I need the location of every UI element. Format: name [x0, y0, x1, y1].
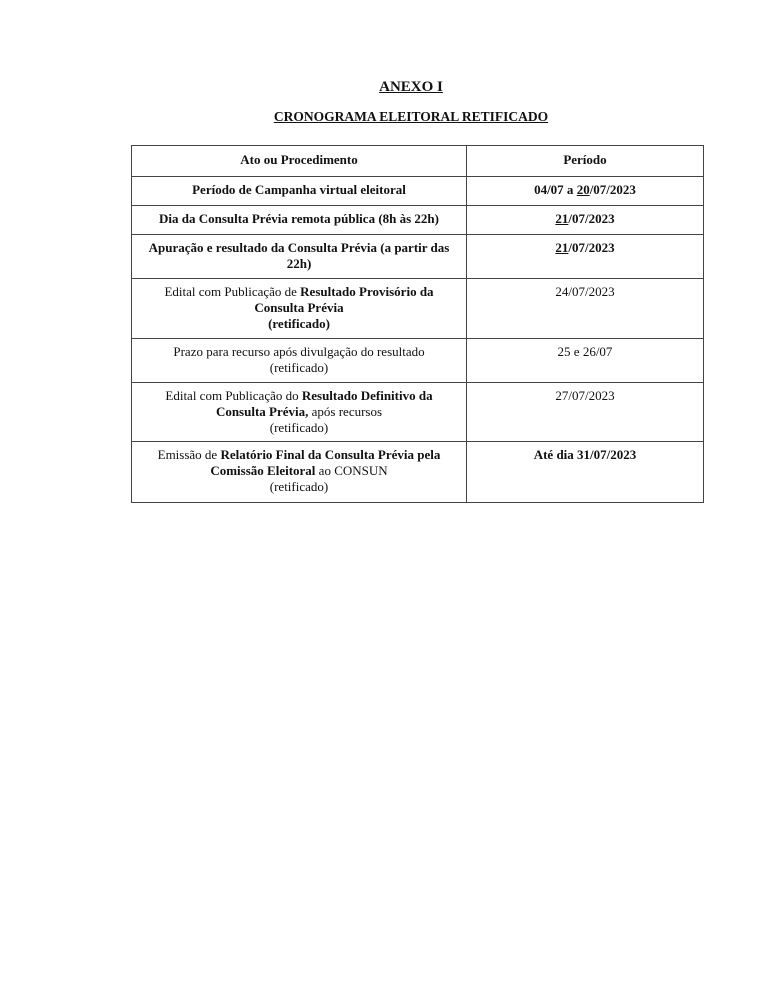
table-row: Apuração e resultado da Consulta Prévia … [132, 235, 704, 279]
document-subtitle: CRONOGRAMA ELEITORAL RETIFICADO [0, 109, 768, 125]
table-header-row: Ato ou Procedimento Período [132, 146, 704, 177]
period-cell: Até dia 31/07/2023 [467, 442, 704, 503]
header-period: Período [467, 146, 704, 177]
period-cell: 25 e 26/07 [467, 339, 704, 383]
document-title: ANEXO I [0, 79, 768, 96]
electoral-schedule-table: Ato ou Procedimento Período Período de C… [131, 145, 704, 503]
table-row: Período de Campanha virtual eleitoral 04… [132, 177, 704, 206]
period-cell: 27/07/2023 [467, 383, 704, 442]
table-row: Prazo para recurso após divulgação do re… [132, 339, 704, 383]
act-cell: Edital com Publicação de Resultado Provi… [132, 279, 467, 339]
table-row: Dia da Consulta Prévia remota pública (8… [132, 206, 704, 235]
table-row: Emissão de Relatório Final da Consulta P… [132, 442, 704, 503]
period-cell: 21/07/2023 [467, 235, 704, 279]
table-row: Edital com Publicação de Resultado Provi… [132, 279, 704, 339]
act-cell: Apuração e resultado da Consulta Prévia … [132, 235, 467, 279]
table-row: Edital com Publicação do Resultado Defin… [132, 383, 704, 442]
period-cell: 24/07/2023 [467, 279, 704, 339]
act-cell: Prazo para recurso após divulgação do re… [132, 339, 467, 383]
act-cell: Edital com Publicação do Resultado Defin… [132, 383, 467, 442]
header-act: Ato ou Procedimento [132, 146, 467, 177]
act-cell: Período de Campanha virtual eleitoral [132, 177, 467, 206]
act-cell: Dia da Consulta Prévia remota pública (8… [132, 206, 467, 235]
period-cell: 21/07/2023 [467, 206, 704, 235]
period-cell: 04/07 a 20/07/2023 [467, 177, 704, 206]
act-cell: Emissão de Relatório Final da Consulta P… [132, 442, 467, 503]
